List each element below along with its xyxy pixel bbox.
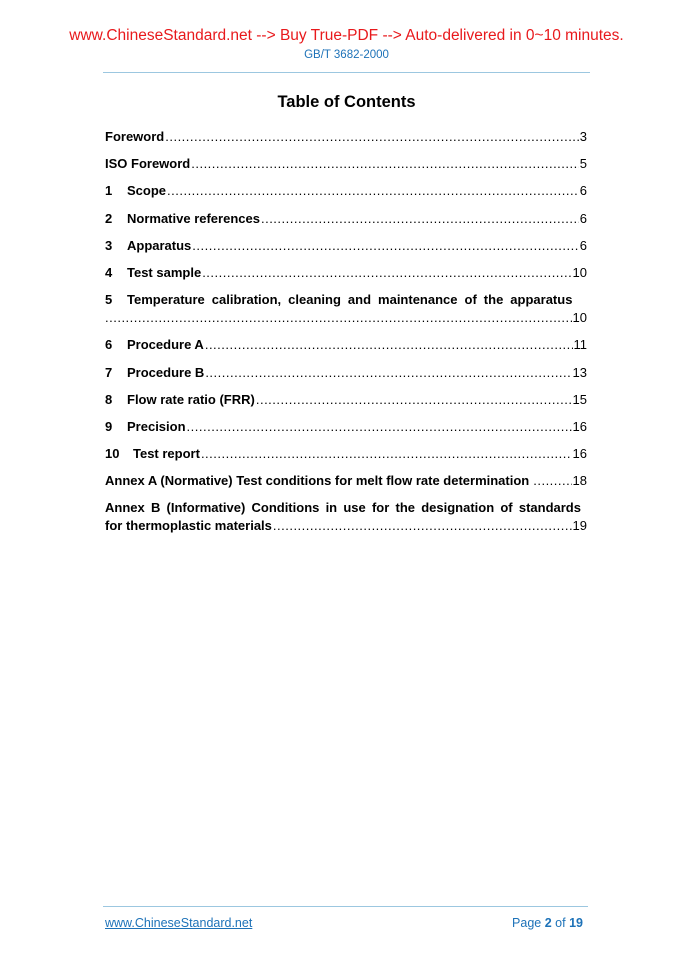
toc-entry-flow-rate-ratio[interactable]: 8 Flow rate ratio (FRR) 15 <box>105 391 587 409</box>
toc-label: Flow rate ratio (FRR) <box>127 391 255 409</box>
toc-page: 3 <box>580 128 587 146</box>
toc-number: 7 <box>105 364 127 382</box>
footer-divider <box>103 906 588 907</box>
toc-label: Annex A (Normative) Test conditions for … <box>105 472 529 490</box>
toc-page: 19 <box>573 517 587 535</box>
toc-entry-test-sample[interactable]: 4 Test sample 10 <box>105 264 587 282</box>
toc-label: Annex B (Informative) Conditions in use … <box>105 499 581 517</box>
toc-entry-apparatus[interactable]: 3 Apparatus 6 <box>105 237 587 255</box>
toc-entry-scope[interactable]: 1 Scope 6 <box>105 182 587 200</box>
page-current: 2 <box>545 916 552 930</box>
leader-dots <box>167 182 579 200</box>
toc-label: Precision <box>127 418 186 436</box>
toc-page: 6 <box>580 182 587 200</box>
footer-website-link[interactable]: www.ChineseStandard.net <box>105 916 252 930</box>
leader-dots <box>105 309 572 327</box>
toc-page: 6 <box>580 210 587 228</box>
toc-label: Test sample <box>127 264 201 282</box>
toc-page: 16 <box>573 418 587 436</box>
toc-label: Temperature calibration, cleaning and ma… <box>127 291 572 309</box>
leader-dots <box>205 336 573 354</box>
toc-entry-foreword[interactable]: Foreword 3 <box>105 128 587 146</box>
toc-entry-annex-a[interactable]: Annex A (Normative) Test conditions for … <box>105 472 587 490</box>
toc-number: 2 <box>105 210 127 228</box>
toc-page: 18 <box>573 472 587 490</box>
toc-label: Procedure A <box>127 336 204 354</box>
toc-label: Apparatus <box>127 237 191 255</box>
toc-label: Foreword <box>105 128 164 146</box>
toc-page: 16 <box>573 445 587 463</box>
page-prefix: Page <box>512 916 541 930</box>
leader-dots <box>191 155 579 173</box>
leader-dots <box>205 364 571 382</box>
toc-label: Test report <box>133 445 200 463</box>
page-total: 19 <box>569 916 583 930</box>
toc-label: ISO Foreword <box>105 155 190 173</box>
leader-dots <box>202 264 571 282</box>
toc-page: 6 <box>580 237 587 255</box>
toc-page: 15 <box>573 391 587 409</box>
leader-dots <box>256 391 572 409</box>
toc-number: 10 <box>105 445 133 463</box>
toc-entry-temperature-calibration[interactable]: 5 Temperature calibration, cleaning and … <box>105 291 587 327</box>
toc-entry-test-report[interactable]: 10 Test report 16 <box>105 445 587 463</box>
toc-label: Procedure B <box>127 364 204 382</box>
leader-dots <box>192 237 578 255</box>
toc-number: 5 <box>105 291 127 309</box>
toc-number: 3 <box>105 237 127 255</box>
toc-entry-annex-b[interactable]: Annex B (Informative) Conditions in use … <box>105 499 587 535</box>
toc-label: Scope <box>127 182 166 200</box>
promo-banner[interactable]: www.ChineseStandard.net --> Buy True-PDF… <box>0 27 693 45</box>
header-divider <box>103 72 590 73</box>
toc-page: 5 <box>580 155 587 173</box>
toc-page: 11 <box>574 336 588 354</box>
toc-label: Normative references <box>127 210 260 228</box>
page-of: of <box>555 916 565 930</box>
leader-dots <box>201 445 572 463</box>
toc-number: 1 <box>105 182 127 200</box>
toc-title: Table of Contents <box>0 93 693 112</box>
toc-entry-procedure-a[interactable]: 6 Procedure A 11 <box>105 336 587 354</box>
table-of-contents: Foreword 3 ISO Foreword 5 1 Scope 6 2 No… <box>105 128 587 545</box>
toc-entry-normative-references[interactable]: 2 Normative references 6 <box>105 210 587 228</box>
toc-number: 4 <box>105 264 127 282</box>
toc-entry-iso-foreword[interactable]: ISO Foreword 5 <box>105 155 587 173</box>
leader-dots <box>165 128 579 146</box>
toc-number: 8 <box>105 391 127 409</box>
leader-dots <box>261 210 579 228</box>
toc-page: 10 <box>573 309 587 327</box>
standard-code: GB/T 3682-2000 <box>0 49 693 61</box>
leader-dots <box>187 418 572 436</box>
toc-number: 9 <box>105 418 127 436</box>
toc-page: 10 <box>573 264 587 282</box>
leader-dots <box>273 517 572 535</box>
toc-entry-precision[interactable]: 9 Precision 16 <box>105 418 587 436</box>
toc-number: 6 <box>105 336 127 354</box>
toc-entry-procedure-b[interactable]: 7 Procedure B 13 <box>105 364 587 382</box>
toc-page: 13 <box>573 364 587 382</box>
toc-label-continued: for thermoplastic materials <box>105 517 272 535</box>
leader-dots <box>533 472 571 490</box>
page-indicator: Page 2 of 19 <box>512 916 583 930</box>
